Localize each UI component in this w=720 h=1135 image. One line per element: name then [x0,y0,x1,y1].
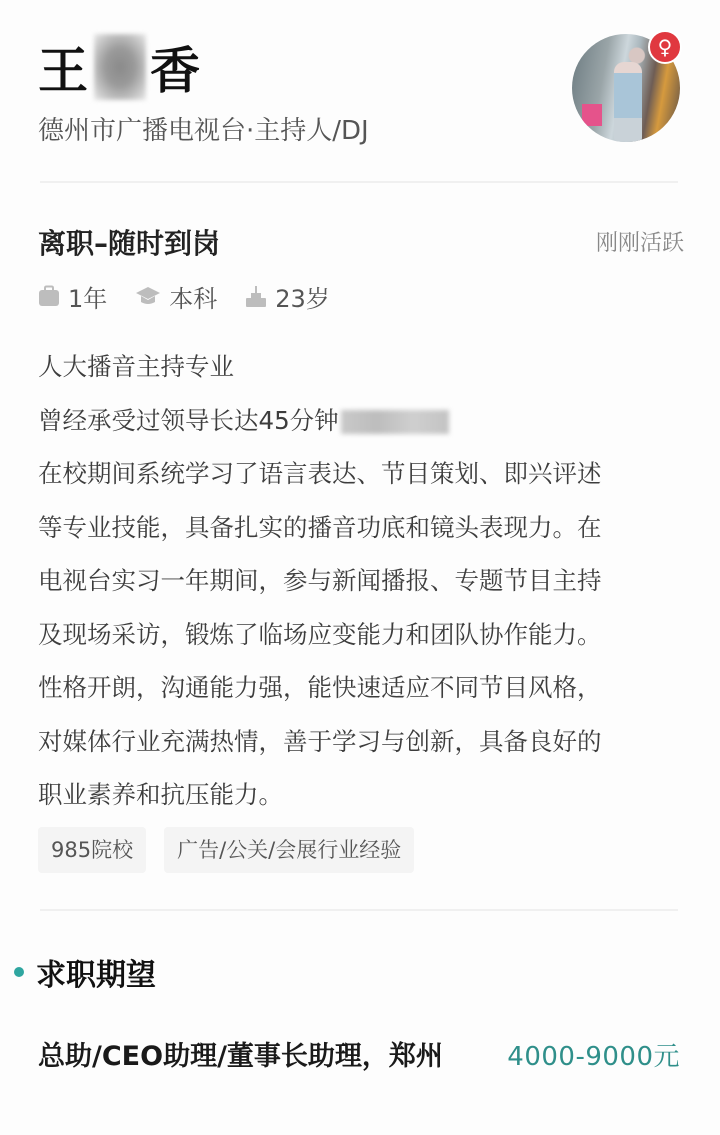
tag-industry-experience: 广告/公关/会展行业经验 [164,827,414,873]
desc-line: 等专业技能，具备扎实的播音功底和镜头表现力。在 [38,501,688,555]
meta-education: 本科 [135,279,217,314]
female-icon: ♀ [648,30,682,64]
expected-position[interactable]: 总助/CEO助理/董事长助理，郑州 [38,1030,468,1084]
desc-line: 职业素养和抗压能力。 [38,768,688,822]
name-last: 香 [150,31,202,103]
desc-line: 人大播音主持专业 [38,340,688,394]
divider [40,181,678,183]
job-expectation-item[interactable]: 总助/CEO助理/董事长助理，郑州 4000-9000元 [38,1030,684,1084]
section-dot-icon [14,967,24,977]
expected-salary: 4000-9000元 [507,1036,680,1073]
active-status: 刚刚活跃 [596,226,684,257]
employer-title: 德州市广播电视台·主持人/DJ [38,110,369,147]
job-status-row: 离职–随时到岗 刚刚活跃 [38,222,684,258]
tag-list: 985院校 广告/公关/会展行业经验 [38,827,432,873]
section-title: 求职期望 [36,950,156,994]
desc-line: 对媒体行业充满热情，善于学习与创新，具备良好的 [38,715,688,769]
avatar-container[interactable]: ♀ [572,30,684,142]
birthday-cake-icon [245,284,267,308]
desc-line: 电视台实习一年期间，参与新闻播报、专题节目主持 [38,554,688,608]
divider [40,909,678,911]
redacted-text [341,410,449,434]
desc-line: 在校期间系统学习了语言表达、节目策划、即兴评述 [38,447,688,501]
meta-age-label: 23岁 [275,279,330,314]
meta-age: 23岁 [245,279,330,314]
desc-line: 曾经承受过领导长达45分钟 [38,394,688,448]
candidate-meta: 1年 本科 23岁 [38,280,358,312]
meta-experience-label: 1年 [68,279,107,314]
tag-985: 985院校 [38,827,146,873]
job-expectation-header: 求职期望 [14,950,156,994]
job-status: 离职–随时到岗 [38,222,220,262]
meta-experience: 1年 [38,279,107,314]
avatar-figure [614,62,642,142]
avatar-detail [582,104,602,126]
candidate-name: 王 香 [38,36,202,98]
name-redacted [94,34,146,100]
name-first: 王 [38,31,90,103]
desc-line: 及现场采访，锻炼了临场应变能力和团队协作能力。 [38,608,688,662]
graduation-cap-icon [135,285,161,307]
desc-line-text: 曾经承受过领导长达45分钟 [38,406,339,435]
briefcase-icon [38,285,60,307]
meta-education-label: 本科 [169,279,217,314]
desc-line: 性格开朗，沟通能力强，能快速适应不同节目风格， [38,661,688,715]
self-introduction: 人大播音主持专业 曾经承受过领导长达45分钟 在校期间系统学习了语言表达、节目策… [38,340,688,822]
